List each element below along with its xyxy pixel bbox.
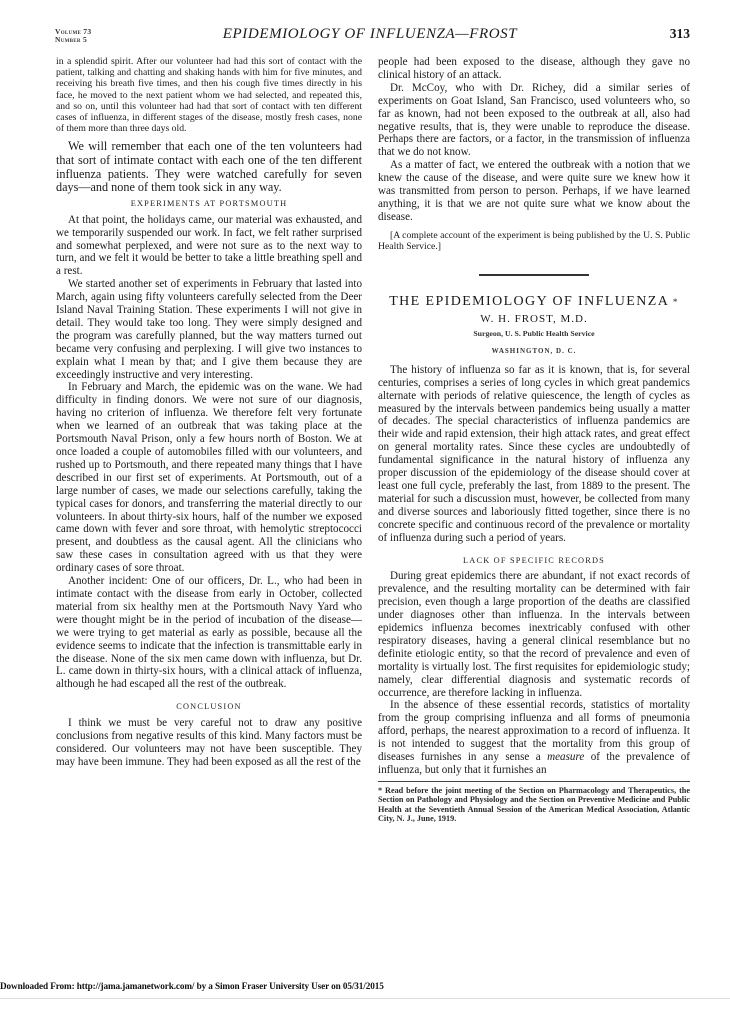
article-title: THE EPIDEMIOLOGY OF INFLUENZA *	[378, 296, 690, 309]
section-heading-records: LACK OF SPECIFIC RECORDS	[378, 555, 690, 568]
paragraph: We will remember that each one of the te…	[56, 140, 362, 194]
article-author: W. H. FROST, M.D.	[378, 313, 690, 326]
issue-number-label: Number 5	[55, 36, 91, 44]
download-notice: Downloaded From: http://jama.jamanetwork…	[0, 981, 384, 991]
section-heading-portsmouth: EXPERIMENTS AT PORTSMOUTH	[56, 198, 362, 211]
emphasis-text: measure	[547, 751, 584, 763]
paragraph: in a splendid spirit. After our voluntee…	[56, 56, 362, 134]
page-bottom-divider	[0, 998, 730, 999]
running-title: EPIDEMIOLOGY OF INFLUENZA—FROST	[155, 26, 585, 43]
section-heading-conclusion: CONCLUSION	[56, 701, 362, 714]
journal-page: Volume 73 Number 5 EPIDEMIOLOGY OF INFLU…	[0, 0, 730, 1023]
left-column: in a splendid spirit. After our voluntee…	[56, 56, 362, 769]
paragraph: Another incident: One of our officers, D…	[56, 575, 362, 691]
paragraph: During great epidemics there are abundan…	[378, 570, 690, 699]
paragraph: people had been exposed to the disease, …	[378, 56, 690, 82]
publication-note: [A complete account of the experiment is…	[378, 230, 690, 252]
author-location: WASHINGTON, D. C.	[378, 345, 690, 358]
article-title-text: THE EPIDEMIOLOGY OF INFLUENZA	[389, 294, 669, 309]
paragraph: Dr. McCoy, who with Dr. Richey, did a si…	[378, 82, 690, 159]
paragraph: As a matter of fact, we entered the outb…	[378, 159, 690, 224]
article-divider	[479, 274, 589, 276]
paragraph: In the absence of these essential record…	[378, 699, 690, 776]
footnote-divider	[378, 781, 690, 782]
footnote: * Read before the joint meeting of the S…	[378, 786, 690, 823]
paragraph: I think we must be very careful not to d…	[56, 717, 362, 769]
footnote-marker: *	[669, 297, 679, 307]
paragraph: In February and March, the epidemic was …	[56, 381, 362, 575]
page-number: 313	[670, 26, 690, 42]
volume-number-label: Volume 73 Number 5	[55, 28, 91, 44]
author-affiliation: Surgeon, U. S. Public Health Service	[378, 328, 690, 341]
paragraph: At that point, the holidays came, our ma…	[56, 214, 362, 279]
right-column: people had been exposed to the disease, …	[378, 56, 690, 823]
running-header: Volume 73 Number 5 EPIDEMIOLOGY OF INFLU…	[55, 24, 690, 54]
paragraph: The history of influenza so far as it is…	[378, 364, 690, 545]
paragraph: We started another set of experiments in…	[56, 278, 362, 381]
